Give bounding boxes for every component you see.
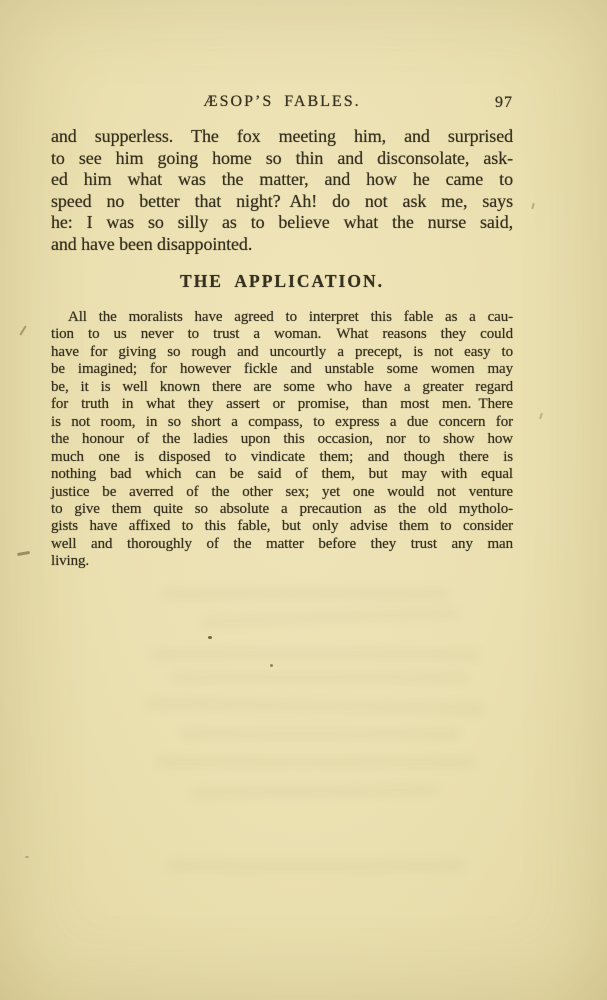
text-line: living. — [51, 553, 513, 570]
text-line: be, it is well known there are some who … — [51, 379, 513, 396]
text-line: have for giving so rough and uncourtly a… — [51, 344, 513, 361]
text-line: he: I was so silly as to believe what th… — [51, 212, 513, 234]
text-line: justice be averred of the other sex; yet… — [51, 484, 513, 501]
text-line: All the moralists have agreed to interpr… — [51, 309, 513, 326]
text-line: ed him what was the matter, and how he c… — [51, 169, 513, 191]
section-heading-application: THE APPLICATION. — [51, 271, 513, 292]
text-line: the honour of the ladies upon this occas… — [51, 431, 513, 448]
text-line: and have been disappointed. — [51, 234, 513, 256]
text-line: nothing bad which can be said of them, b… — [51, 466, 513, 483]
page-number: 97 — [495, 94, 513, 112]
text-line: for truth in what they assert or promise… — [51, 396, 513, 413]
text-line: much one is disposed to vindicate them; … — [51, 449, 513, 466]
running-header-title: ÆSOP’S FABLES. — [51, 93, 513, 111]
text-line: well and thoroughly of the matter before… — [51, 536, 513, 553]
text-line: and supperless. The fox meeting him, and… — [51, 126, 513, 148]
text-line: tion to us never to trust a woman. What … — [51, 326, 513, 343]
text-line: is not room, in so short a compass, to e… — [51, 414, 513, 431]
text-line: gists have affixed to this fable, but on… — [51, 518, 513, 535]
text-line: speed no better that night? Ah! do not a… — [51, 191, 513, 213]
text-line: be imagined; for however fickle and unst… — [51, 361, 513, 378]
paragraph-application: All the moralists have agreed to interpr… — [51, 309, 513, 571]
text-line: to give them quite so absolute a precaut… — [51, 501, 513, 518]
text-line: to see him going home so thin and discon… — [51, 148, 513, 170]
paragraph-fable-conclusion: and supperless. The fox meeting him, and… — [51, 126, 513, 256]
